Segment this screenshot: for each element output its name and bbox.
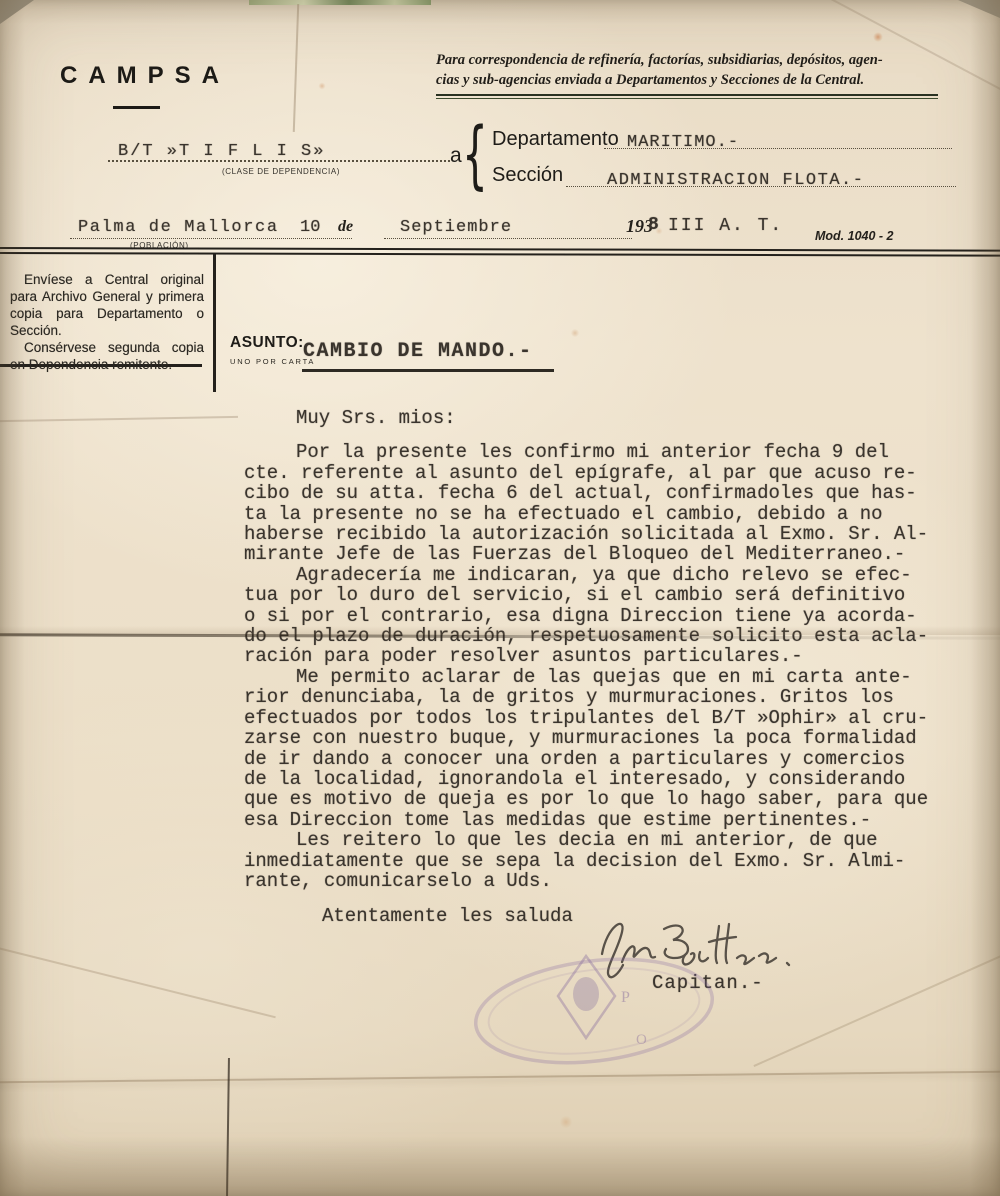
routing-note-line1: Para correspondencia de refinería, facto… [436,50,948,70]
scanned-letter: CAMPSA Para correspondencia de refinería… [0,0,1000,1196]
campsa-logo-underline [113,106,160,109]
crease-vertical-bottom [226,1058,230,1196]
header-double-rule [0,247,1000,257]
crease-horizontal-left [0,416,238,422]
stamp-letter-p: P [621,989,630,1006]
side-note-vertical-border [213,253,216,392]
side-note-paragraph2: Consérvese segunda copia en Dependencia … [10,339,204,373]
routing-note: Para correspondencia de refinería, facto… [436,50,948,99]
ink-stamp: P O [458,948,733,1083]
seccion-label: Sección [492,164,563,187]
year-typed-digit: 8 [648,215,659,235]
crease-vertical-top [293,4,299,132]
subject-underline [302,369,554,372]
body-paragraph-2: Agradecería me indicaran, ya que dicho r… [244,565,966,667]
routing-note-rule [436,94,938,99]
a-label: a [450,144,462,168]
body-paragraph-4: Les reitero lo que les decia en mi anter… [244,830,966,891]
side-note: Envíese a Central original para Archivo … [10,271,204,373]
month-value: Septiembre [400,218,512,237]
day-value: 10 [300,218,320,237]
subject-value: CAMBIO DE MANDO.- [303,340,533,363]
side-note-paragraph1: Envíese a Central original para Archivo … [10,271,204,339]
departamento-value: MARITIMO.- [627,133,739,152]
dependency-value: B/T »T I F L I S» [118,142,325,161]
scan-edge-artifact [249,0,431,5]
brace-glyph: { [462,118,488,192]
routing-note-line2: cias y sub-agencias enviada a Departamen… [436,70,948,90]
seccion-value: ADMINISTRACION FLOTA.- [607,171,864,190]
model-reference: Mod. 1040 - 2 [815,229,894,243]
place-value: Palma de Mallorca [78,218,279,237]
era-value: III A. T. [668,216,783,236]
letter-body: Muy Srs. mios: Por la presente les confi… [244,408,966,927]
body-paragraph-1: Por la presente les confirmo mi anterior… [244,442,966,564]
de-label: de [338,218,353,236]
campsa-logo: CAMPSA [60,62,230,90]
scan-corner-top-left [0,0,34,24]
subject-label: ASUNTO: [230,334,304,352]
departamento-label: Departamento [492,128,619,151]
crease-diagonal-bottom-left [0,944,276,1019]
body-paragraph-3: Me permito aclarar de las quejas que en … [244,667,966,830]
scan-corner-top-right [958,0,1000,18]
dependency-caption: (CLASE DE DEPENDENCIA) [156,167,406,176]
stamp-letter-o: O [636,1032,647,1048]
salutation: Muy Srs. mios: [244,408,966,428]
